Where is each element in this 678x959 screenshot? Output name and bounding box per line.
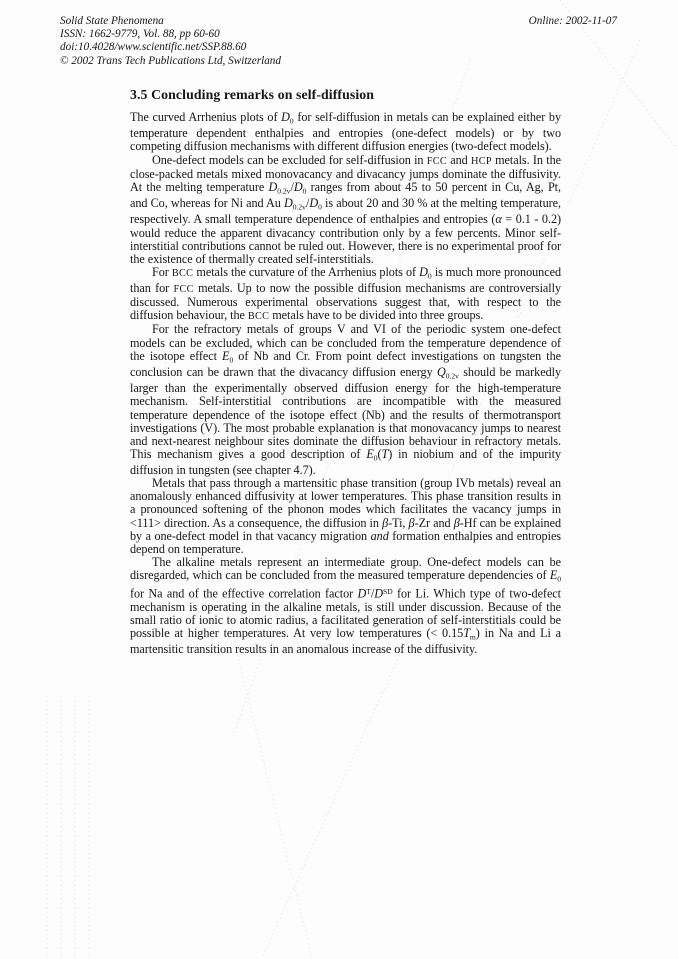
doi-line: doi:10.4028/www.scientific.net/SSP.88.60	[60, 41, 617, 54]
paragraph: The curved Arrhenius plots of D0 for sel…	[130, 111, 561, 154]
online-date: Online: 2002-11-07	[529, 15, 617, 28]
paragraph: The alkaline metals represent an interme…	[130, 556, 561, 657]
scanned-paper-page: Solid State Phenomena Online: 2002-11-07…	[0, 0, 678, 959]
issn-volume-line: ISSN: 1662-9779, Vol. 88, pp 60-60	[60, 28, 617, 41]
body-paragraphs: The curved Arrhenius plots of D0 for sel…	[130, 111, 561, 656]
paragraph: Metals that pass through a martensitic p…	[130, 477, 561, 556]
paragraph: For the refractory metals of groups V an…	[130, 323, 561, 477]
paragraph: For BCC metals the curvature of the Arrh…	[130, 266, 561, 324]
paragraph: One-defect models can be excluded for se…	[130, 154, 561, 266]
journal-header: Solid State Phenomena Online: 2002-11-07…	[60, 15, 617, 68]
journal-title: Solid State Phenomena	[60, 15, 164, 28]
section-title: 3.5 Concluding remarks on self-diffusion	[130, 87, 374, 103]
copyright-line: © 2002 Trans Tech Publications Ltd, Swit…	[60, 55, 617, 68]
